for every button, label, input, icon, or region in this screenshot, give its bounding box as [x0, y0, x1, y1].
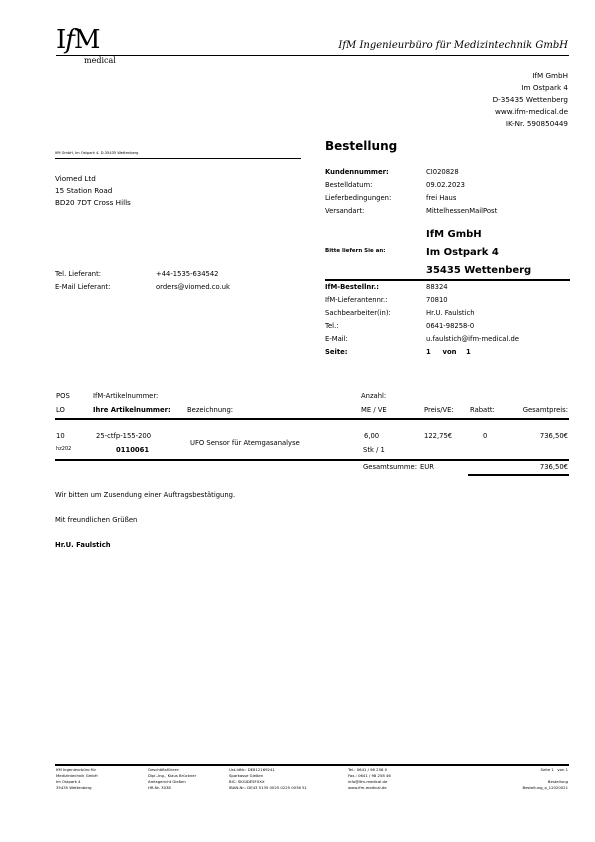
row-description: UFO Sensor für Atemgasanalyse	[190, 439, 300, 447]
footer-line: 35435 Wettenberg	[56, 785, 98, 791]
row-lo: hz202	[56, 446, 71, 452]
col-discount-header: Rabatt:	[470, 406, 495, 414]
footer-contact: Tel.: 0641 / 98 258 0 Fax.: 0641 / 98 25…	[348, 767, 391, 791]
col-quantity-header: Anzahl:	[361, 392, 386, 400]
table-header-divider	[55, 418, 569, 420]
table-body-divider	[55, 459, 569, 461]
footer-page-info: Seite 1 von 1 Bestellung Bestellung_o_12…	[522, 767, 568, 791]
col-ifm-article-header: IfM-Artikelnummer:	[93, 392, 158, 400]
row-total: 736,50€	[540, 432, 568, 440]
col-description-header: Bezeichnung:	[187, 406, 233, 414]
row-ifm-article: 25-ctfp-155-200	[96, 432, 151, 440]
col-pos-header: POS	[56, 392, 70, 400]
footer-website[interactable]: www.ifm-medical.de	[348, 785, 391, 791]
col-total-header: Gesamtpreis:	[523, 406, 568, 414]
col-lo-header: LO	[56, 406, 65, 414]
footer-line: IBAN-Nr.: DE43 5135 0025 0225 0036 51	[229, 785, 307, 791]
col-price-header: Preis/VE:	[424, 406, 454, 414]
sum-label: Gesamtsumme:	[363, 463, 417, 471]
row-quantity: 6,00	[364, 432, 379, 440]
closing-signature: Hr.U. Faulstich	[55, 541, 111, 549]
footer-management: Geschäftsführer: Dipl.-Ing., Klaus Brück…	[148, 767, 196, 791]
col-unit-header: ME / VE	[361, 406, 387, 414]
sum-underline	[468, 474, 569, 476]
closing-request: Wir bitten um Zusendung einer Auftragsbe…	[55, 491, 235, 499]
footer-line: HR-Nr. 3038	[148, 785, 196, 791]
sum-currency: EUR	[420, 463, 434, 471]
row-pos: 10	[56, 432, 65, 440]
items-table: POS IfM-Artikelnummer: Anzahl: LO Ihre A…	[0, 0, 595, 842]
closing-greeting: Mit freundlichen Grüßen	[55, 516, 137, 524]
row-discount: 0	[483, 432, 487, 440]
footer-divider	[55, 764, 569, 766]
footer-company: IfM Ingenieurbüro für Medizintechnik Gmb…	[56, 767, 98, 791]
row-your-article: 0110061	[116, 446, 149, 454]
row-unit: Stk / 1	[363, 446, 385, 454]
col-your-article-header: Ihre Artikelnummer:	[93, 406, 171, 414]
footer-doc-ref: Bestellung_o_12020021	[522, 785, 568, 791]
sum-value: 736,50€	[540, 463, 568, 471]
footer-bank: Ust.IdNr.: DE812169241 Sparkasse Gießen …	[229, 767, 307, 791]
row-price: 122,75€	[424, 432, 452, 440]
